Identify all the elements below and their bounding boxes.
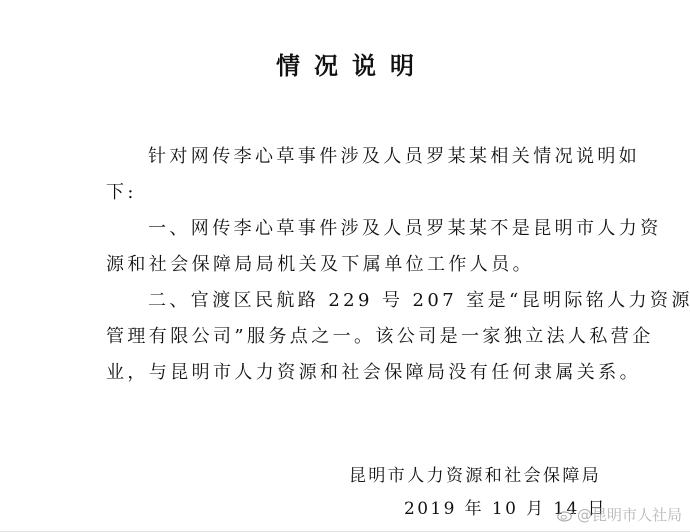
item-2-line-3: 业，与昆明市人力资源和社会保障局没有任何隶属关系。 (106, 358, 641, 384)
watermark-text: @昆明市人社局 (577, 506, 682, 524)
item-1-line-1: 一、网传李心草事件涉及人员罗某某不是昆明市人力资 (148, 214, 662, 240)
document-page: 情况说明 针对网传李心草事件涉及人员罗某某相关情况说明如 下: 一、网传李心草事… (0, 0, 690, 532)
item-1-line-2: 源和社会保障局局机关及下属单位工作人员。 (106, 250, 534, 276)
signature-organization: 昆明市人力资源和社会保障局 (349, 461, 601, 486)
weibo-watermark: @昆明市人社局 (557, 504, 682, 525)
item-2-line-2: 管理有限公司”服务点之一。该公司是一家独立法人私营企 (106, 322, 654, 348)
document-title: 情况说明 (0, 46, 690, 81)
weibo-icon (557, 508, 575, 522)
intro-line-1: 针对网传李心草事件涉及人员罗某某相关情况说明如 (148, 142, 640, 168)
intro-line-2: 下: (106, 178, 137, 204)
item-2-line-1: 二、官渡区民航路 229 号 207 室是“昆明际铭人力资源 (148, 286, 690, 312)
